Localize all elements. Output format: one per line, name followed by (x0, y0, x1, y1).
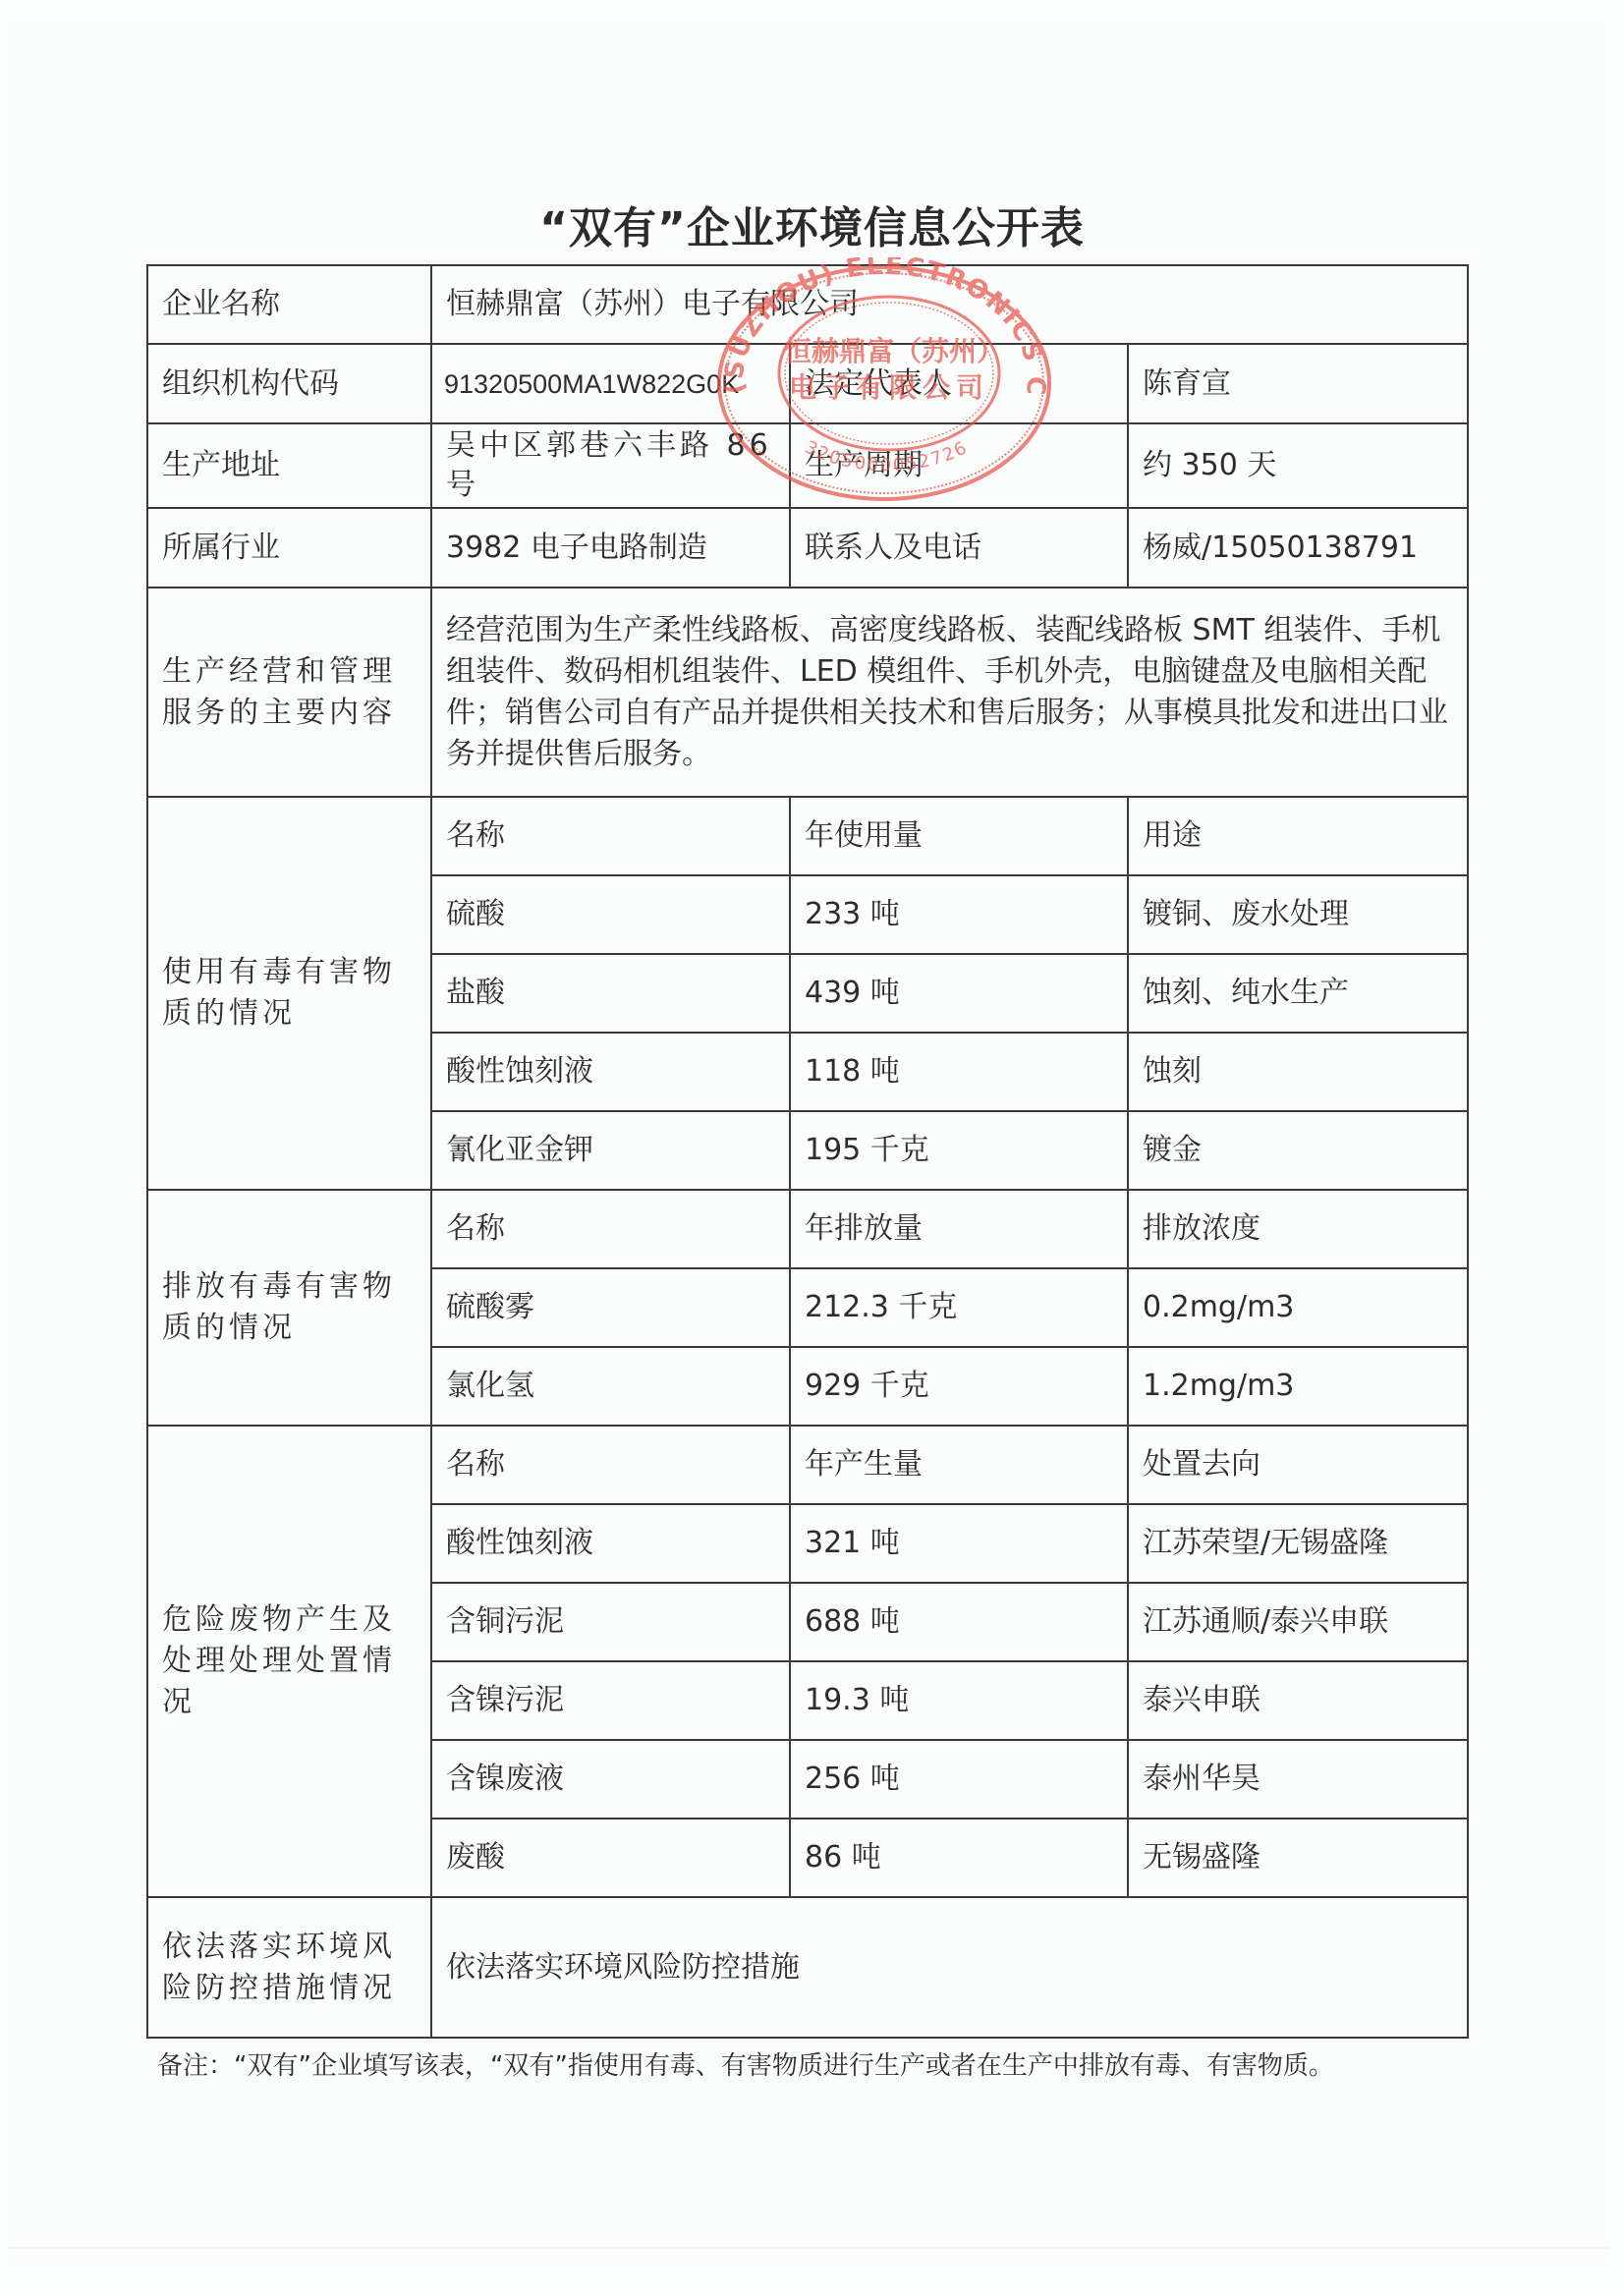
annual-emission: 212.3 千克 (790, 1268, 1128, 1347)
column-header: 用途 (1128, 797, 1468, 875)
industry-label: 所属行业 (147, 508, 431, 588)
substance-name: 氯化氢 (431, 1347, 790, 1426)
risk-control-content: 依法落实环境风险防控措施 (431, 1897, 1468, 2038)
column-header: 名称 (431, 1426, 790, 1504)
environment-info-table: 企业名称 恒赫鼎富（苏州）电子有限公司 组织机构代码 91320500MA1W8… (146, 264, 1469, 2039)
cycle-label: 生产周期 (790, 423, 1128, 508)
waste-name: 含镍污泥 (431, 1661, 790, 1740)
column-header: 处置去向 (1128, 1426, 1468, 1504)
substance-name: 氰化亚金钾 (431, 1111, 790, 1190)
contact-label: 联系人及电话 (790, 508, 1128, 588)
address-value: 吴中区郭巷六丰路 86 号 (431, 423, 790, 508)
address-label: 生产地址 (147, 423, 431, 508)
risk-control-label: 依法落实环境风险防控措施情况 (147, 1897, 431, 2038)
usage-purpose: 镀铜、废水处理 (1128, 875, 1468, 954)
row-org-code: 组织机构代码 91320500MA1W822G0K 法定代表人 陈育宣 (147, 344, 1468, 423)
row-industry: 所属行业 3982 电子电路制造 联系人及电话 杨威/15050138791 (147, 508, 1468, 588)
annual-usage: 195 千克 (790, 1111, 1128, 1190)
org-code-value: 91320500MA1W822G0K (431, 344, 790, 423)
cycle-value: 约 350 天 (1128, 423, 1468, 508)
waste-name: 废酸 (431, 1819, 790, 1897)
industry-value: 3982 电子电路制造 (431, 508, 790, 588)
disposal-destination: 泰兴申联 (1128, 1661, 1468, 1740)
legal-rep-value: 陈育宣 (1128, 344, 1468, 423)
toxic-emission-label: 排放有毒有害物质的情况 (147, 1190, 431, 1426)
annual-emission: 929 千克 (790, 1347, 1128, 1426)
annual-generation: 321 吨 (790, 1504, 1128, 1583)
emission-concentration: 0.2mg/m3 (1128, 1268, 1468, 1347)
column-header: 年排放量 (790, 1190, 1128, 1268)
waste-name: 含铜污泥 (431, 1583, 790, 1661)
company-name-label: 企业名称 (147, 265, 431, 344)
waste-name: 含镍废液 (431, 1740, 790, 1819)
toxic-use-header-row: 使用有毒有害物质的情况 名称 年使用量 用途 (147, 797, 1468, 875)
column-header: 名称 (431, 1190, 790, 1268)
org-code-label: 组织机构代码 (147, 344, 431, 423)
usage-purpose: 蚀刻 (1128, 1033, 1468, 1111)
column-header: 年使用量 (790, 797, 1128, 875)
disposal-destination: 泰州华昊 (1128, 1740, 1468, 1819)
company-name-value: 恒赫鼎富（苏州）电子有限公司 (431, 265, 1468, 344)
row-risk-control: 依法落实环境风险防控措施情况 依法落实环境风险防控措施 (147, 1897, 1468, 2038)
hazardous-waste-label: 危险废物产生及处理处理处置情况 (147, 1426, 431, 1897)
column-header: 名称 (431, 797, 790, 875)
annual-usage: 233 吨 (790, 875, 1128, 954)
column-header: 排放浓度 (1128, 1190, 1468, 1268)
legal-rep-label: 法定代表人 (790, 344, 1128, 423)
disposal-destination: 江苏荣望/无锡盛隆 (1128, 1504, 1468, 1583)
substance-name: 酸性蚀刻液 (431, 1033, 790, 1111)
contact-value: 杨威/15050138791 (1128, 508, 1468, 588)
usage-purpose: 镀金 (1128, 1111, 1468, 1190)
toxic-use-label: 使用有毒有害物质的情况 (147, 797, 431, 1190)
scan-edge (8, 2247, 1609, 2249)
business-scope-label: 生产经营和管理服务的主要内容 (147, 588, 431, 797)
annual-generation: 688 吨 (790, 1583, 1128, 1661)
disposal-destination: 江苏通顺/泰兴申联 (1128, 1583, 1468, 1661)
row-business-scope: 生产经营和管理服务的主要内容 经营范围为生产柔性线路板、高密度线路板、装配线路板… (147, 588, 1468, 797)
annual-usage: 118 吨 (790, 1033, 1128, 1111)
annual-generation: 19.3 吨 (790, 1661, 1128, 1740)
waste-name: 酸性蚀刻液 (431, 1504, 790, 1583)
document-title: “双有”企业环境信息公开表 (0, 193, 1624, 255)
emission-concentration: 1.2mg/m3 (1128, 1347, 1468, 1426)
toxic-emission-header-row: 排放有毒有害物质的情况 名称 年排放量 排放浓度 (147, 1190, 1468, 1268)
disposal-destination: 无锡盛隆 (1128, 1819, 1468, 1897)
substance-name: 硫酸雾 (431, 1268, 790, 1347)
hazardous-waste-header-row: 危险废物产生及处理处理处置情况 名称 年产生量 处置去向 (147, 1426, 1468, 1504)
footnote: 备注：“双有”企业填写该表，“双有”指使用有毒、有害物质进行生产或者在生产中排放… (157, 2045, 1334, 2082)
annual-generation: 256 吨 (790, 1740, 1128, 1819)
column-header: 年产生量 (790, 1426, 1128, 1504)
substance-name: 硫酸 (431, 875, 790, 954)
business-scope-content: 经营范围为生产柔性线路板、高密度线路板、装配线路板 SMT 组装件、手机组装件、… (431, 588, 1468, 797)
row-company-name: 企业名称 恒赫鼎富（苏州）电子有限公司 (147, 265, 1468, 344)
row-address: 生产地址 吴中区郭巷六丰路 86 号 生产周期 约 350 天 (147, 423, 1468, 508)
annual-generation: 86 吨 (790, 1819, 1128, 1897)
substance-name: 盐酸 (431, 954, 790, 1033)
annual-usage: 439 吨 (790, 954, 1128, 1033)
usage-purpose: 蚀刻、纯水生产 (1128, 954, 1468, 1033)
